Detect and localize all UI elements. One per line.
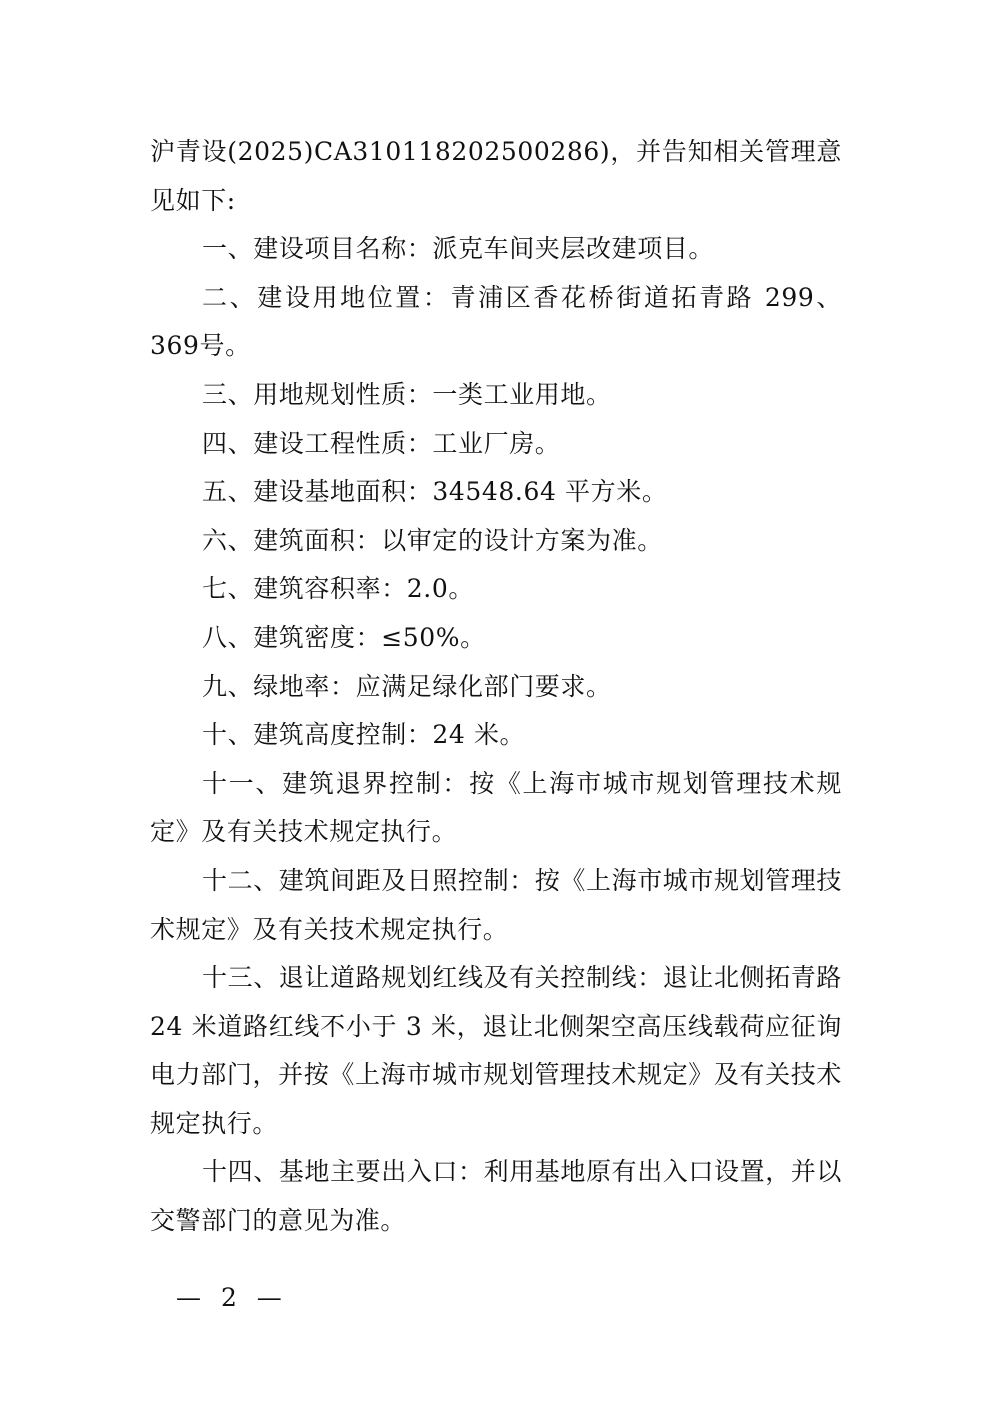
item-4-project-nature: 四、建设工程性质：工业厂房。 xyxy=(150,420,842,469)
item-13-road-redline: 十三、退让道路规划红线及有关控制线：退让北侧拓青路 24 米道路红线不小于 3 … xyxy=(150,954,842,1148)
item-12-spacing-sunlight: 十二、建筑间距及日照控制：按《上海市城市规划管理技术规定》及有关技术规定执行。 xyxy=(150,857,842,954)
item-8-building-density: 八、建筑密度：≤50%。 xyxy=(150,614,842,663)
intro-paragraph: 沪青设(2025)CA310118202500286)，并告知相关管理意见如下: xyxy=(150,128,842,225)
item-5-site-area: 五、建设基地面积：34548.64 平方米。 xyxy=(150,468,842,517)
item-1-project-name: 一、建设项目名称：派克车间夹层改建项目。 xyxy=(150,225,842,274)
item-3-land-use: 三、用地规划性质：一类工业用地。 xyxy=(150,371,842,420)
item-2-site-location: 二、建设用地位置：青浦区香花桥街道拓青路 299、369号。 xyxy=(150,274,842,371)
item-7-plot-ratio: 七、建筑容积率：2.0。 xyxy=(150,565,842,614)
document-body: 沪青设(2025)CA310118202500286)，并告知相关管理意见如下:… xyxy=(150,128,842,1246)
item-6-floor-area: 六、建筑面积：以审定的设计方案为准。 xyxy=(150,517,842,566)
item-14-main-entrance: 十四、基地主要出入口：利用基地原有出入口设置，并以交警部门的意见为准。 xyxy=(150,1148,842,1245)
item-10-height-control: 十、建筑高度控制：24 米。 xyxy=(150,711,842,760)
item-9-green-ratio: 九、绿地率：应满足绿化部门要求。 xyxy=(150,663,842,712)
item-11-setback-control: 十一、建筑退界控制：按《上海市城市规划管理技术规定》及有关技术规定执行。 xyxy=(150,760,842,857)
page-number: — 2 — xyxy=(176,1283,288,1312)
